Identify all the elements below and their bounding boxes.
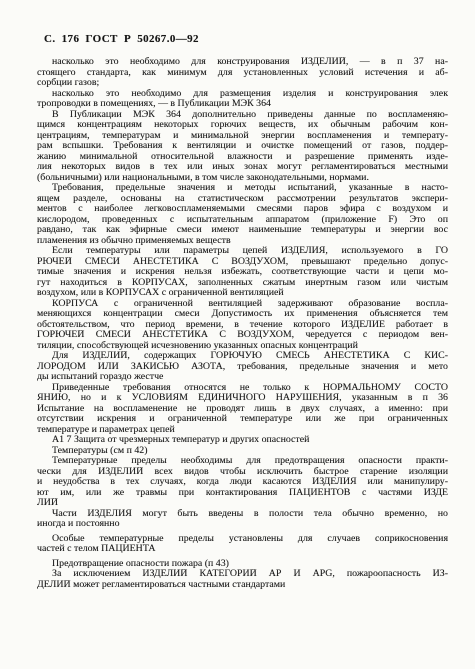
text-line: Испытание на воспламенение не проводят л… — [37, 404, 448, 415]
text-line: лия некоторых видов в тех или иных зонах… — [37, 162, 448, 173]
text-line: тропроводки в помещениях, — в Публикации… — [37, 99, 448, 110]
text-line: и неудобства в тех случаях, когда люди к… — [37, 477, 448, 488]
text-line: обстоятельством, что период времени, в т… — [37, 320, 448, 331]
text-line: стоящего стандарта, как минимум для уста… — [37, 68, 448, 79]
text-line: воздухом, или в КОРПУСАХ с ограниченной … — [37, 288, 448, 299]
text-line: Требования, предельные значения и методы… — [37, 183, 448, 194]
text-line: В Публикации МЭК 364 дополнительно приве… — [37, 110, 448, 121]
text-line: меняющихся концентрации смеси Допустимос… — [37, 309, 448, 320]
text-line: насколько это необходимо для конструиров… — [37, 57, 448, 68]
text-line: температуре и параметрах цепей — [37, 425, 448, 436]
text-line: Если температуры или параметры цепей ИЗД… — [37, 246, 448, 257]
text-line: жанию минимальной относительной влажност… — [37, 152, 448, 163]
text-line: Части ИЗДЕЛИЯ могут быть введены в полос… — [37, 509, 448, 520]
text-line: Температуры (см п 42) — [37, 446, 448, 457]
text-line: центрациям, температурам и минимальной э… — [37, 131, 448, 142]
text-line: ды испытаний гораздо жестче — [37, 372, 448, 383]
text-line: ЛОРОДОМ ИЛИ ЗАКИСЬЮ АЗОТА, требования, п… — [37, 362, 448, 373]
text-line: За исключением ИЗДЕЛИЙ КАТЕГОРИЙ АР И AP… — [37, 569, 448, 580]
text-line: сорбции газов; — [37, 78, 448, 89]
text-line: ДЕЛИЙ может регламентироваться частными … — [37, 580, 448, 591]
text-line: Приведенные требования относятся не толь… — [37, 383, 448, 394]
text-line: частей с телом ПАЦИЕНТА — [37, 544, 448, 555]
text-line: тимые значения и искрения нельзя избежат… — [37, 267, 448, 278]
text-line: ют им, или же травмы при контактирования… — [37, 488, 448, 499]
text-line: ГОРЮЧЕЙ СМЕСИ АНЕСТЕТИКА С ВОЗДУХОМ, чер… — [37, 330, 448, 341]
text-line: равдано, так как эфирные смеси имеют наи… — [37, 225, 448, 236]
text-line: тиляции, способствующей исчезновению ука… — [37, 341, 448, 352]
text-line: Для ИЗДЕЛИЙ, содержащих ГОРЮЧУЮ СМЕСЬ АН… — [37, 351, 448, 362]
text-line: Особые температурные пределы установлены… — [37, 534, 448, 545]
text-line: щимся концентрациям некоторых горючих ве… — [37, 120, 448, 131]
page-header: С. 176 ГОСТ Р 50267.0—92 — [44, 33, 199, 45]
text-line: рам вспышки. Требования к вентиляции и о… — [37, 141, 448, 152]
document-body: насколько это необходимо для конструиров… — [37, 57, 448, 590]
text-line: А1 7 Защита от чрезмерных температур и д… — [37, 435, 448, 446]
text-line: ментов с наиболее легковоспламеняемыми с… — [37, 204, 448, 215]
text-line: Предотвращение опасности пожара (п 43) — [37, 559, 448, 570]
text-line: ящем разделе, основаны на статистическом… — [37, 194, 448, 205]
text-line: иногда и постоянно — [37, 519, 448, 530]
text-line: КОРПУСА с ограниченной вентиляцией задер… — [37, 299, 448, 310]
text-line: пламенения из обычно применяемых веществ — [37, 236, 448, 247]
text-line: (больничными) или национальными, в том ч… — [37, 173, 448, 184]
text-line: Температурные пределы необходимы для пре… — [37, 456, 448, 467]
text-line: насколько это необходимо для размещения … — [37, 89, 448, 100]
document-page: С. 176 ГОСТ Р 50267.0—92 насколько это н… — [0, 0, 475, 669]
text-line: РЮЧЕЙ СМЕСИ АНЕСТЕТИКА С ВОЗДУХОМ, превы… — [37, 257, 448, 268]
text-line: чески для ИЗДЕЛИЙ всех видов чтобы исклю… — [37, 467, 448, 478]
text-line: гут находиться в КОРПУСАХ, заполненных с… — [37, 278, 448, 289]
text-line: кислородом, проведенных с испытательным … — [37, 215, 448, 226]
text-line: ЛИЙ — [37, 498, 448, 509]
text-line: отсутствии искрения и ограниченной темпе… — [37, 414, 448, 425]
text-line: ЯНИЮ, но и к УСЛОВИЯМ ЕДИНИЧНОГО НАРУШЕН… — [37, 393, 448, 404]
